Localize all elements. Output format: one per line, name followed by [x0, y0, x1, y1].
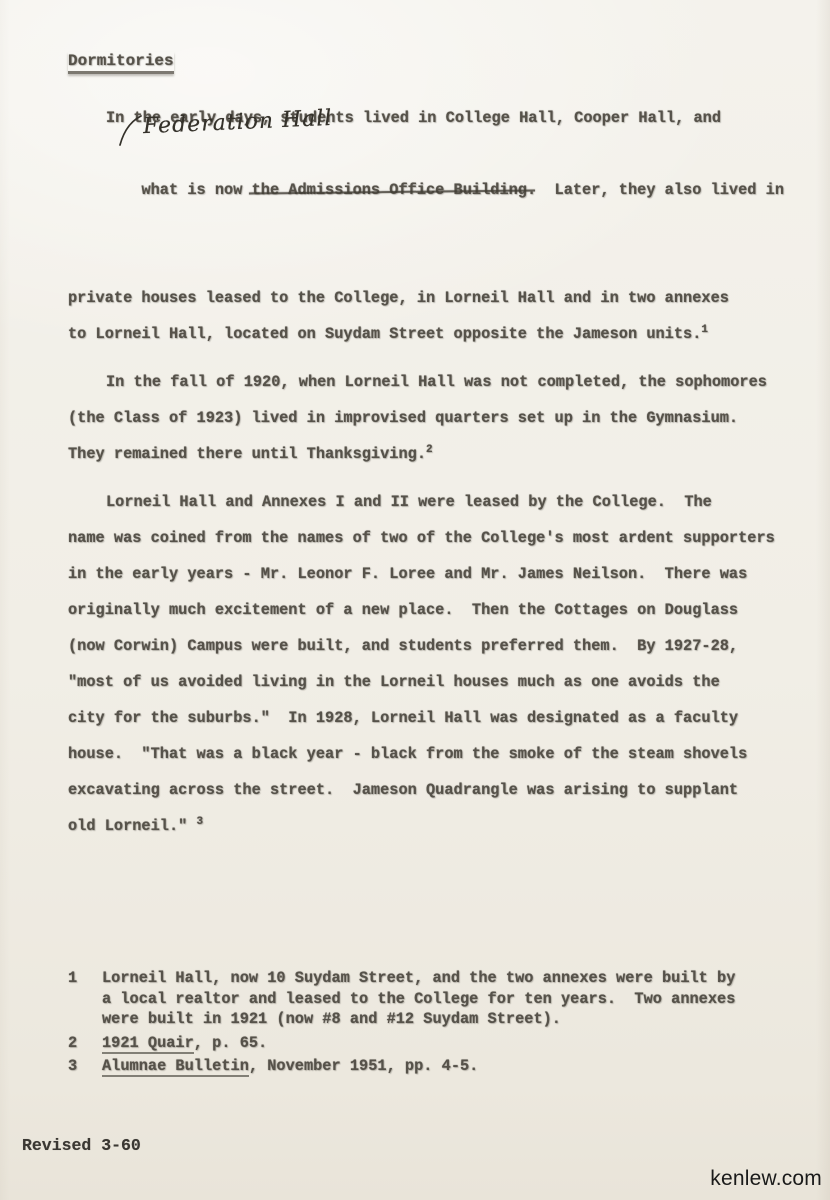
- footnote-ref: 3: [197, 816, 204, 828]
- footnote-text: 1921 Quair, p. 65.: [102, 1033, 798, 1054]
- text-segment: what is now: [141, 181, 251, 199]
- text-line: Lorneil Hall and Annexes I and II were l…: [68, 484, 788, 520]
- footnote-text: Lorneil Hall, now 10 Suydam Street, and …: [102, 968, 798, 1030]
- footnote-number: 2: [68, 1033, 102, 1054]
- text-line: city for the suburbs." In 1928, Lorneil …: [68, 700, 788, 736]
- document-body: In the early days, students lived in Col…: [68, 100, 788, 844]
- citation-detail: , p. 65.: [194, 1034, 267, 1052]
- text-line: originally much excitement of a new plac…: [68, 592, 788, 628]
- footnotes-section: 1 Lorneil Hall, now 10 Suydam Street, an…: [68, 968, 798, 1077]
- text-segment: . Later, they also lived in: [527, 181, 784, 199]
- footnote-ref: 1: [701, 324, 708, 336]
- insertion-caret-icon: [118, 114, 142, 146]
- footnote-line: were built in 1921 (now #8 and #12 Suyda…: [102, 1009, 798, 1030]
- scanned-document-page: Dormitories In the early days, students …: [0, 0, 830, 1200]
- text-segment: old Lorneil.": [68, 817, 197, 835]
- revised-note: Revised 3-60: [22, 1136, 141, 1155]
- footnote: 2 1921 Quair, p. 65.: [68, 1033, 798, 1054]
- paragraph: Lorneil Hall and Annexes I and II were l…: [68, 484, 788, 844]
- footnote: 3 Alumnae Bulletin, November 1951, pp. 4…: [68, 1056, 798, 1077]
- footnote-line: a local realtor and leased to the Colleg…: [102, 989, 798, 1010]
- text-line: name was coined from the names of two of…: [68, 520, 788, 556]
- footnote-number: 3: [68, 1056, 102, 1077]
- cited-work: Alumnae Bulletin: [102, 1057, 249, 1077]
- text-line: old Lorneil." 3: [68, 808, 788, 844]
- text-line: excavating across the street. Jameson Qu…: [68, 772, 788, 808]
- text-line: to Lorneil Hall, located on Suydam Stree…: [68, 316, 788, 352]
- text-line: (the Class of 1923) lived in improvised …: [68, 400, 788, 436]
- paragraph: In the early days, students lived in Col…: [68, 100, 788, 352]
- text-line: In the fall of 1920, when Lorneil Hall w…: [68, 364, 788, 400]
- text-line: "most of us avoided living in the Lornei…: [68, 664, 788, 700]
- text-segment: to Lorneil Hall, located on Suydam Stree…: [68, 325, 701, 343]
- handwritten-annotation: Federation Hall: [118, 105, 332, 146]
- text-line: They remained there until Thanksgiving.2: [68, 436, 788, 472]
- handwritten-text: Federation Hall: [142, 101, 333, 145]
- text-line: house. "That was a black year - black fr…: [68, 736, 788, 772]
- cited-work: 1921 Quair: [102, 1034, 194, 1054]
- text-segment: They remained there until Thanksgiving.: [68, 445, 426, 463]
- watermark: kenlew.com: [710, 1167, 822, 1191]
- citation-detail: , November 1951, pp. 4-5.: [249, 1057, 479, 1075]
- footnote-line: Lorneil Hall, now 10 Suydam Street, and …: [102, 968, 798, 989]
- text-line: what is now the Admissions Office Buildi…: [68, 136, 788, 280]
- footnote-text: Alumnae Bulletin, November 1951, pp. 4-5…: [102, 1056, 798, 1077]
- text-line: (now Corwin) Campus were built, and stud…: [68, 628, 788, 664]
- struck-text: the Admissions Office Building: [252, 181, 527, 199]
- page-title: Dormitories: [68, 52, 174, 74]
- footnote-line: 1921 Quair, p. 65.: [102, 1033, 798, 1054]
- footnote-ref: 2: [426, 444, 433, 456]
- text-line: in the early years - Mr. Leonor F. Loree…: [68, 556, 788, 592]
- footnote-line: Alumnae Bulletin, November 1951, pp. 4-5…: [102, 1056, 798, 1077]
- text-line: private houses leased to the College, in…: [68, 280, 788, 316]
- footnote-number: 1: [68, 968, 102, 989]
- paragraph: In the fall of 1920, when Lorneil Hall w…: [68, 364, 788, 472]
- footnote: 1 Lorneil Hall, now 10 Suydam Street, an…: [68, 968, 798, 1030]
